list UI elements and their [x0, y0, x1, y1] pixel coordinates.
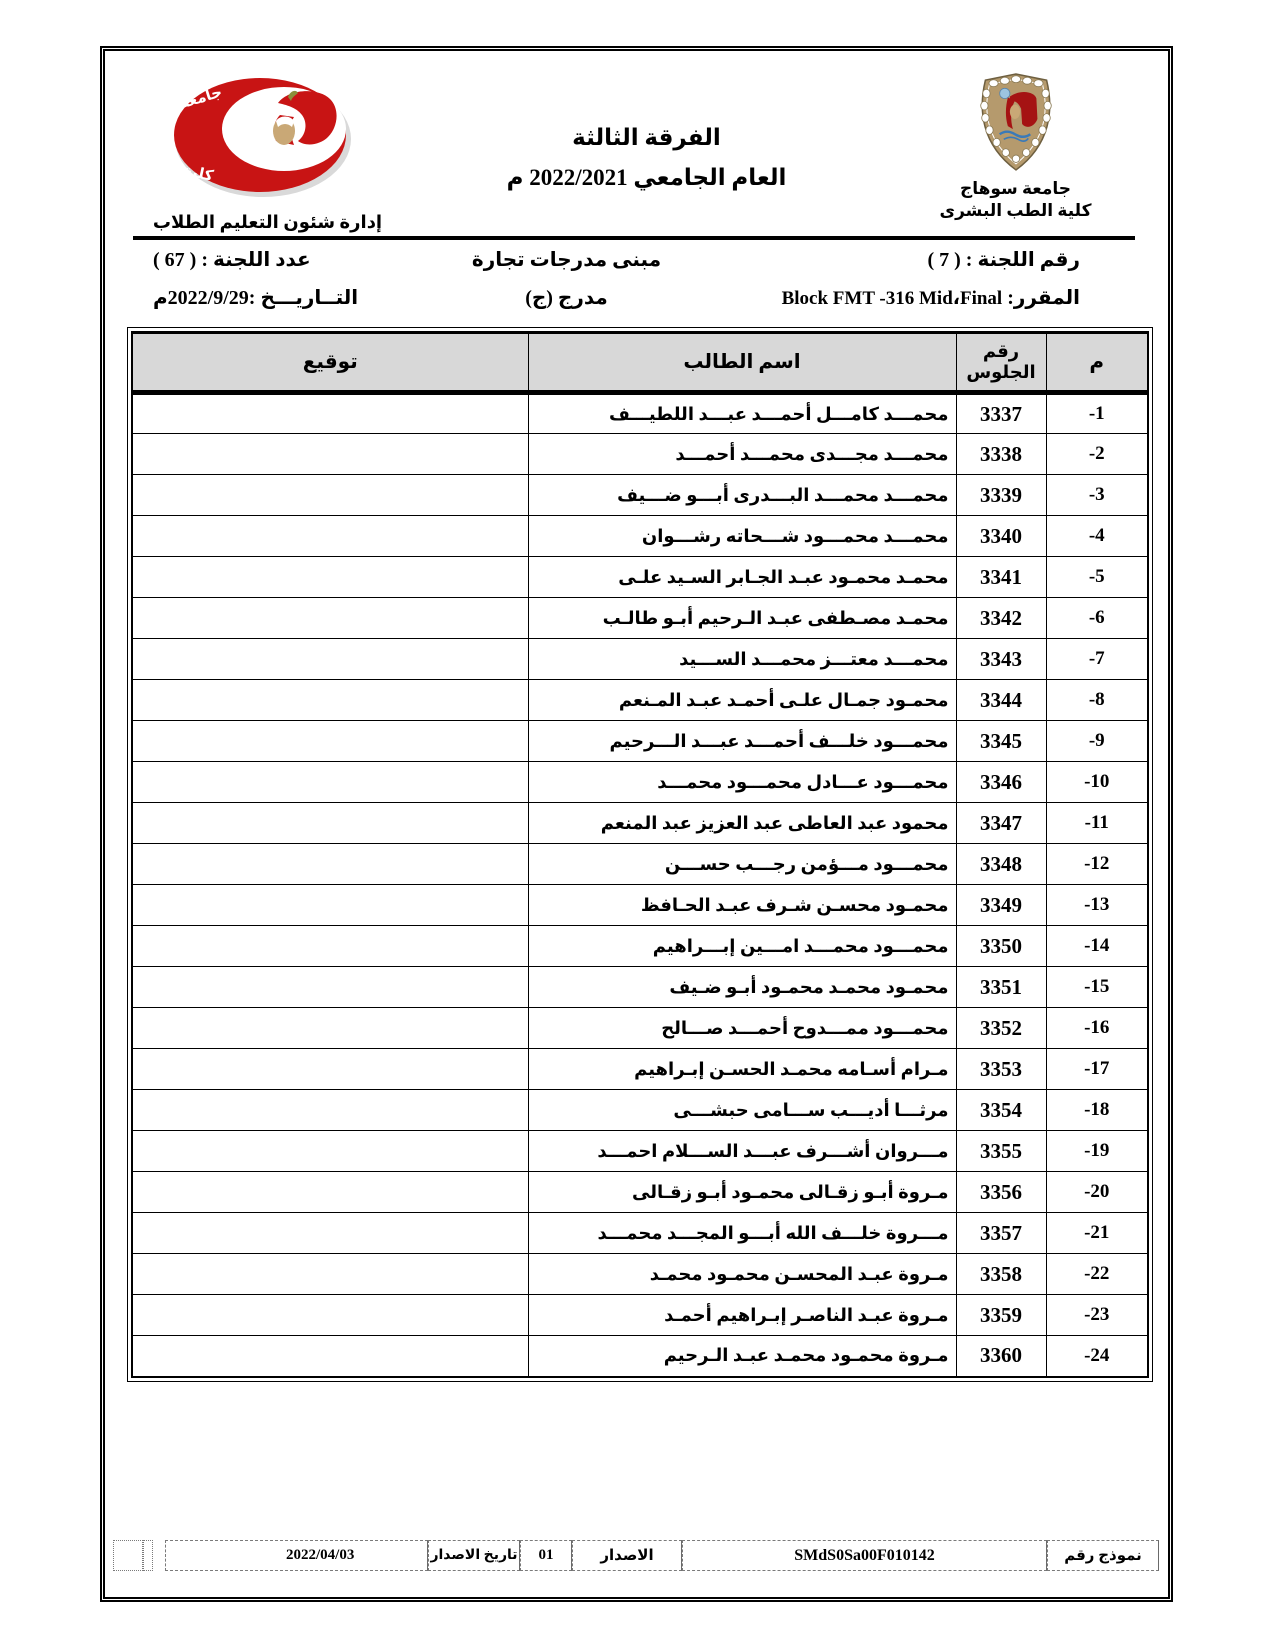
student-row: -203356مـروة أبـو زقـالى محمـود أبـو زقـ…	[132, 1172, 1148, 1213]
serial-cell: -24	[1046, 1336, 1148, 1377]
serial-cell: -20	[1046, 1172, 1148, 1213]
student-row: -73343محمـــد معتـــز محمـــد الســـيد	[132, 639, 1148, 680]
serial-cell: -11	[1046, 803, 1148, 844]
form-footer: نموذج رقم SMdS0Sa00F010142 الاصدار 01 تا…	[113, 1540, 1159, 1571]
seat-cell: 3339	[956, 475, 1046, 516]
student-row: -43340محمـــد محمـــود شـــحاته رشـــوان	[132, 516, 1148, 557]
serial-cell: -16	[1046, 1008, 1148, 1049]
name-cell: مـروة عبـد المحسـن محمـود محمـد	[528, 1254, 956, 1295]
seat-cell: 3342	[956, 598, 1046, 639]
name-cell: محمـود محمـد محمـود أبـو ضـيف	[528, 967, 956, 1008]
name-cell: محمـد محمـود عبـد الجـابر السـيد علـى	[528, 557, 956, 598]
academic-year: العام الجامعي 2022/2021 م	[420, 165, 873, 191]
signature-cell	[132, 1213, 528, 1254]
student-row: -133349محمـود محسـن شـرف عبـد الحـافظ	[132, 885, 1148, 926]
student-row: -193355مـــروان أشـــرف عبـــد الســـلام…	[132, 1131, 1148, 1172]
seat-cell: 3346	[956, 762, 1046, 803]
header-student-name: اسم الطالب	[528, 333, 956, 393]
serial-cell: -8	[1046, 680, 1148, 721]
signature-cell	[132, 434, 528, 475]
committee-info-row-2: المقرر: Block FMT -316 Mid،Final مدرج (ج…	[105, 285, 1168, 323]
name-cell: مـروة أبـو زقـالى محمـود أبـو زقـالى	[528, 1172, 956, 1213]
serial-cell: -23	[1046, 1295, 1148, 1336]
committee-info: رقم اللجنة : ( 7 ) مبنى مدرجات تجارة عدد…	[105, 247, 1168, 323]
seat-cell: 3347	[956, 803, 1046, 844]
student-row: -183354مرثـــا أديـــب ســـامى حبشـــى	[132, 1090, 1148, 1131]
students-table-wrapper: م رقم الجلوس اسم الطالب توقيع -13337محمـ…	[127, 327, 1153, 1382]
student-row: -173353مـرام أسـامه محمـد الحسـن إبـراهي…	[132, 1049, 1148, 1090]
seat-cell: 3358	[956, 1254, 1046, 1295]
student-row: -243360مـروة محمـود محمـد عبـد الـرحيم	[132, 1336, 1148, 1377]
student-row: -53341محمـد محمـود عبـد الجـابر السـيد ع…	[132, 557, 1148, 598]
student-row: -33339محمـــد محمـــد البـــدرى أبـــو ض…	[132, 475, 1148, 516]
serial-cell: -21	[1046, 1213, 1148, 1254]
header-titles: الفرقة الثالثة العام الجامعي 2022/2021 م	[420, 59, 873, 237]
signature-cell	[132, 1336, 528, 1377]
serial-cell: -18	[1046, 1090, 1148, 1131]
signature-cell	[132, 1090, 528, 1131]
issue-label: الاصدار	[572, 1540, 682, 1571]
grade-title: الفرقة الثالثة	[420, 125, 873, 151]
header-divider-rule	[133, 236, 1135, 240]
name-cell: محمـــود محمـــد امـــين إبـــراهيم	[528, 926, 956, 967]
signature-cell	[132, 926, 528, 967]
signature-cell	[132, 639, 528, 680]
student-row: -143350محمـــود محمـــد امـــين إبـــراه…	[132, 926, 1148, 967]
serial-cell: -5	[1046, 557, 1148, 598]
seat-cell: 3344	[956, 680, 1046, 721]
seat-cell: 3338	[956, 434, 1046, 475]
name-cell: محمـــود خلـــف أحمـــد عبـــد الـــرحيم	[528, 721, 956, 762]
student-row: -113347محمود عبد العاطى عبد العزيز عبد ا…	[132, 803, 1148, 844]
seat-cell: 3353	[956, 1049, 1046, 1090]
serial-cell: -1	[1046, 393, 1148, 434]
footer-narrow-box	[143, 1540, 153, 1571]
document-header: جامعة سوهاج كلية الطب البشرى الفرقة الثا…	[115, 59, 1158, 237]
name-cell: محمـــد معتـــز محمـــد الســـيد	[528, 639, 956, 680]
name-cell: مـرام أسـامه محمـد الحسـن إبـراهيم	[528, 1049, 956, 1090]
name-cell: مـروة عبـد الناصـر إبـراهيم أحمـد	[528, 1295, 956, 1336]
seat-cell: 3340	[956, 516, 1046, 557]
student-row: -93345محمـــود خلـــف أحمـــد عبـــد الـ…	[132, 721, 1148, 762]
seat-cell: 3354	[956, 1090, 1046, 1131]
seat-cell: 3352	[956, 1008, 1046, 1049]
committee-number: رقم اللجنة : ( 7 )	[710, 247, 1080, 272]
seat-cell: 3359	[956, 1295, 1046, 1336]
students-table-body: -13337محمـــد كامـــل أحمـــد عبـــد الل…	[132, 393, 1148, 1377]
document-body: { "header": { "faculty_caption_line1": "…	[0, 0, 1275, 1650]
course-value: Block FMT -316 Mid،Final	[782, 288, 1003, 309]
header-signature: توقيع	[132, 333, 528, 393]
serial-cell: -13	[1046, 885, 1148, 926]
serial-cell: -17	[1046, 1049, 1148, 1090]
student-row: -23338محمـــد مجـــدى محمـــد أحمـــد	[132, 434, 1148, 475]
course-field: المقرر: Block FMT -316 Mid،Final	[710, 285, 1080, 310]
form-number-label: نموذج رقم	[1047, 1540, 1159, 1571]
exam-date: التــاريـــخ :2022/9/29م	[153, 285, 423, 310]
seat-cell: 3341	[956, 557, 1046, 598]
name-cell: محمـود محسـن شـرف عبـد الحـافظ	[528, 885, 956, 926]
student-row: -153351محمـود محمـد محمـود أبـو ضـيف	[132, 967, 1148, 1008]
serial-cell: -22	[1046, 1254, 1148, 1295]
signature-cell	[132, 885, 528, 926]
seat-cell: 3345	[956, 721, 1046, 762]
faculty-caption-line1: جامعة سوهاج	[873, 178, 1158, 200]
serial-cell: -6	[1046, 598, 1148, 639]
signature-cell	[132, 1295, 528, 1336]
university-crescent-logo-icon: جامعة سوهاج كلية الطب	[160, 65, 375, 210]
seat-cell: 3350	[956, 926, 1046, 967]
signature-cell	[132, 598, 528, 639]
signature-cell	[132, 680, 528, 721]
name-cell: محمـــد محمـــد البـــدرى أبـــو ضـــيف	[528, 475, 956, 516]
name-cell: محمـود جمـال علـى أحمـد عبـد المـنعم	[528, 680, 956, 721]
signature-cell	[132, 762, 528, 803]
name-cell: محمـد مصـطفى عبـد الـرحيم أبـو طالـب	[528, 598, 956, 639]
seat-cell: 3343	[956, 639, 1046, 680]
issue-date-label: تاريخ الاصدار	[428, 1540, 520, 1571]
name-cell: محمـــد مجـــدى محمـــد أحمـــد	[528, 434, 956, 475]
page-frame: جامعة سوهاج كلية الطب البشرى الفرقة الثا…	[100, 46, 1173, 1602]
admin-caption: إدارة شئون التعليم الطلاب	[115, 212, 420, 233]
signature-cell	[132, 1008, 528, 1049]
student-row: -103346محمـــود عـــادل محمـــود محمـــد	[132, 762, 1148, 803]
student-row: -223358مـروة عبـد المحسـن محمـود محمـد	[132, 1254, 1148, 1295]
students-table-header-row: م رقم الجلوس اسم الطالب توقيع	[132, 333, 1148, 393]
seat-cell: 3355	[956, 1131, 1046, 1172]
exam-building: مبنى مدرجات تجارة	[423, 247, 710, 272]
name-cell: مـــروة خلـــف الله أبـــو المجـــد محمـ…	[528, 1213, 956, 1254]
faculty-identity-block: جامعة سوهاج كلية الطب البشرى	[873, 59, 1158, 237]
seat-cell: 3357	[956, 1213, 1046, 1254]
name-cell: محمـــد كامـــل أحمـــد عبـــد اللطيـــف	[528, 393, 956, 434]
faculty-shield-logo-icon	[965, 71, 1067, 178]
form-code: SMdS0Sa00F010142	[682, 1540, 1047, 1571]
name-cell: محمـــود ممـــدوح أحمـــد صـــالح	[528, 1008, 956, 1049]
footer-gap	[153, 1540, 165, 1571]
seat-cell: 3356	[956, 1172, 1046, 1213]
signature-cell	[132, 393, 528, 434]
serial-cell: -9	[1046, 721, 1148, 762]
student-row: -13337محمـــد كامـــل أحمـــد عبـــد الل…	[132, 393, 1148, 434]
faculty-caption-line2: كلية الطب البشرى	[873, 200, 1158, 222]
seat-cell: 3351	[956, 967, 1046, 1008]
exam-hall: مدرج (ج)	[423, 285, 710, 310]
name-cell: محمـــد محمـــود شـــحاته رشـــوان	[528, 516, 956, 557]
header-serial: م	[1046, 333, 1148, 393]
signature-cell	[132, 516, 528, 557]
signature-cell	[132, 1049, 528, 1090]
serial-cell: -4	[1046, 516, 1148, 557]
signature-cell	[132, 721, 528, 762]
header-seat-number: رقم الجلوس	[956, 333, 1046, 393]
student-row: -213357مـــروة خلـــف الله أبـــو المجــ…	[132, 1213, 1148, 1254]
name-cell: مرثـــا أديـــب ســـامى حبشـــى	[528, 1090, 956, 1131]
serial-cell: -19	[1046, 1131, 1148, 1172]
signature-cell	[132, 1172, 528, 1213]
committee-count: عدد اللجنة : ( 67 )	[153, 247, 423, 272]
students-table: م رقم الجلوس اسم الطالب توقيع -13337محمـ…	[131, 331, 1149, 1378]
seat-cell: 3348	[956, 844, 1046, 885]
signature-cell	[132, 1131, 528, 1172]
serial-cell: -2	[1046, 434, 1148, 475]
signature-cell	[132, 557, 528, 598]
serial-cell: -3	[1046, 475, 1148, 516]
name-cell: محمود عبد العاطى عبد العزيز عبد المنعم	[528, 803, 956, 844]
seat-cell: 3337	[956, 393, 1046, 434]
name-cell: محمـــود مـــؤمن رجـــب حســـن	[528, 844, 956, 885]
student-row: -63342محمـد مصـطفى عبـد الـرحيم أبـو طال…	[132, 598, 1148, 639]
issue-date-value: 2022/04/03	[165, 1540, 428, 1571]
student-row: -163352محمـــود ممـــدوح أحمـــد صـــالح	[132, 1008, 1148, 1049]
seat-cell: 3360	[956, 1336, 1046, 1377]
signature-cell	[132, 1254, 528, 1295]
committee-info-row-1: رقم اللجنة : ( 7 ) مبنى مدرجات تجارة عدد…	[105, 247, 1168, 285]
course-label: المقرر:	[1007, 287, 1080, 309]
signature-cell	[132, 967, 528, 1008]
student-row: -233359مـروة عبـد الناصـر إبـراهيم أحمـد	[132, 1295, 1148, 1336]
student-row: -123348محمـــود مـــؤمن رجـــب حســـن	[132, 844, 1148, 885]
name-cell: محمـــود عـــادل محمـــود محمـــد	[528, 762, 956, 803]
serial-cell: -12	[1046, 844, 1148, 885]
issue-number: 01	[520, 1540, 572, 1571]
student-row: -83344محمـود جمـال علـى أحمـد عبـد المـن…	[132, 680, 1148, 721]
signature-cell	[132, 803, 528, 844]
seat-cell: 3349	[956, 885, 1046, 926]
admin-identity-block: جامعة سوهاج كلية الطب إدارة شئون التعليم…	[115, 59, 420, 237]
name-cell: مـــروان أشـــرف عبـــد الســـلام احمـــ…	[528, 1131, 956, 1172]
signature-cell	[132, 844, 528, 885]
serial-cell: -15	[1046, 967, 1148, 1008]
serial-cell: -14	[1046, 926, 1148, 967]
serial-cell: -10	[1046, 762, 1148, 803]
footer-corner-box	[113, 1540, 143, 1571]
signature-cell	[132, 475, 528, 516]
name-cell: مـروة محمـود محمـد عبـد الـرحيم	[528, 1336, 956, 1377]
serial-cell: -7	[1046, 639, 1148, 680]
